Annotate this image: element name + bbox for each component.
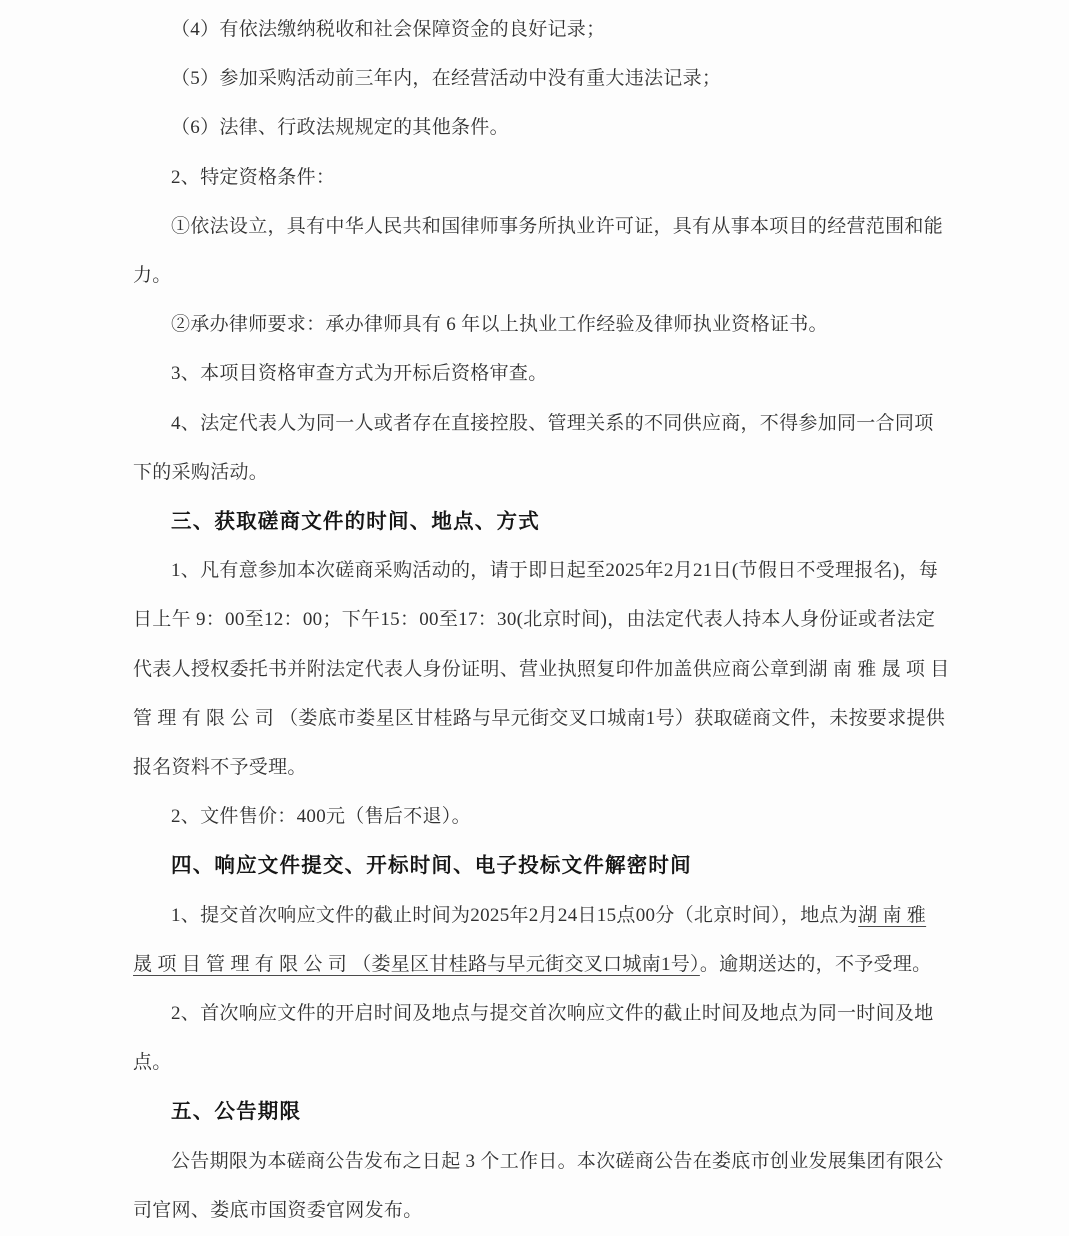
text-line: 公告期限为本磋商公告发布之日起 3 个工作日。本次磋商公告在娄底市创业发展集团有… bbox=[133, 1137, 941, 1186]
section-heading: 三、获取磋商文件的时间、地点、方式 bbox=[133, 497, 941, 546]
text-line: （6）法律、行政法规规定的其他条件。 bbox=[133, 103, 941, 152]
text-line: 司官网、娄底市国资委官网发布。 bbox=[133, 1186, 941, 1235]
text-line: 1、提交首次响应文件的截止时间为2025年2月24日15点00分（北京时间），地… bbox=[133, 891, 941, 940]
text-line: 日上午 9：00至12：00；下午15：00至17：30(北京时间)，由法定代表… bbox=[133, 595, 941, 644]
underlined-text: 湖 南 雅 bbox=[858, 905, 926, 926]
text-line: （4）有依法缴纳税收和社会保障资金的良好记录； bbox=[133, 5, 941, 54]
text-line: 力。 bbox=[133, 251, 941, 300]
text-line: 4、法定代表人为同一人或者存在直接控股、管理关系的不同供应商，不得参加同一合同项 bbox=[133, 399, 941, 448]
text-line: 2、特定资格条件： bbox=[133, 153, 941, 202]
text-line: 管 理 有 限 公 司 （娄底市娄星区甘桂路与早元街交叉口城南1号）获取磋商文件… bbox=[133, 694, 941, 743]
document-page: （4）有依法缴纳税收和社会保障资金的良好记录； （5）参加采购活动前三年内，在经… bbox=[0, 0, 1069, 1236]
line-text: 。逾期送达的，不予受理。 bbox=[700, 954, 932, 975]
section-heading: 五、公告期限 bbox=[133, 1087, 941, 1136]
text-line: 3、本项目资格审查方式为开标后资格审查。 bbox=[133, 349, 941, 398]
text-line: （5）参加采购活动前三年内，在经营活动中没有重大违法记录； bbox=[133, 54, 941, 103]
text-line: 下的采购活动。 bbox=[133, 448, 941, 497]
section-heading: 四、响应文件提交、开标时间、电子投标文件解密时间 bbox=[133, 841, 941, 890]
text-line: ②承办律师要求：承办律师具有 6 年以上执业工作经验及律师执业资格证书。 bbox=[133, 300, 941, 349]
text-line: 1、凡有意参加本次磋商采购活动的，请于即日起至2025年2月21日(节假日不受理… bbox=[133, 546, 941, 595]
text-line: 2、文件售价：400元（售后不退）。 bbox=[133, 792, 941, 841]
text-line: 代表人授权委托书并附法定代表人身份证明、营业执照复印件加盖供应商公章到湖 南 雅… bbox=[133, 645, 941, 694]
text-line: ①依法设立，具有中华人民共和国律师事务所执业许可证，具有从事本项目的经营范围和能 bbox=[133, 202, 941, 251]
text-line: 报名资料不予受理。 bbox=[133, 743, 941, 792]
underlined-text: 晟 项 目 管 理 有 限 公 司 （娄星区甘桂路与早元街交叉口城南1号） bbox=[133, 954, 700, 975]
text-line: 2、首次响应文件的开启时间及地点与提交首次响应文件的截止时间及地点为同一时间及地 bbox=[133, 989, 941, 1038]
text-line: 晟 项 目 管 理 有 限 公 司 （娄星区甘桂路与早元街交叉口城南1号）。逾期… bbox=[133, 940, 941, 989]
line-text: 1、提交首次响应文件的截止时间为2025年2月24日15点00分（北京时间），地… bbox=[171, 905, 858, 926]
text-line: 点。 bbox=[133, 1038, 941, 1087]
